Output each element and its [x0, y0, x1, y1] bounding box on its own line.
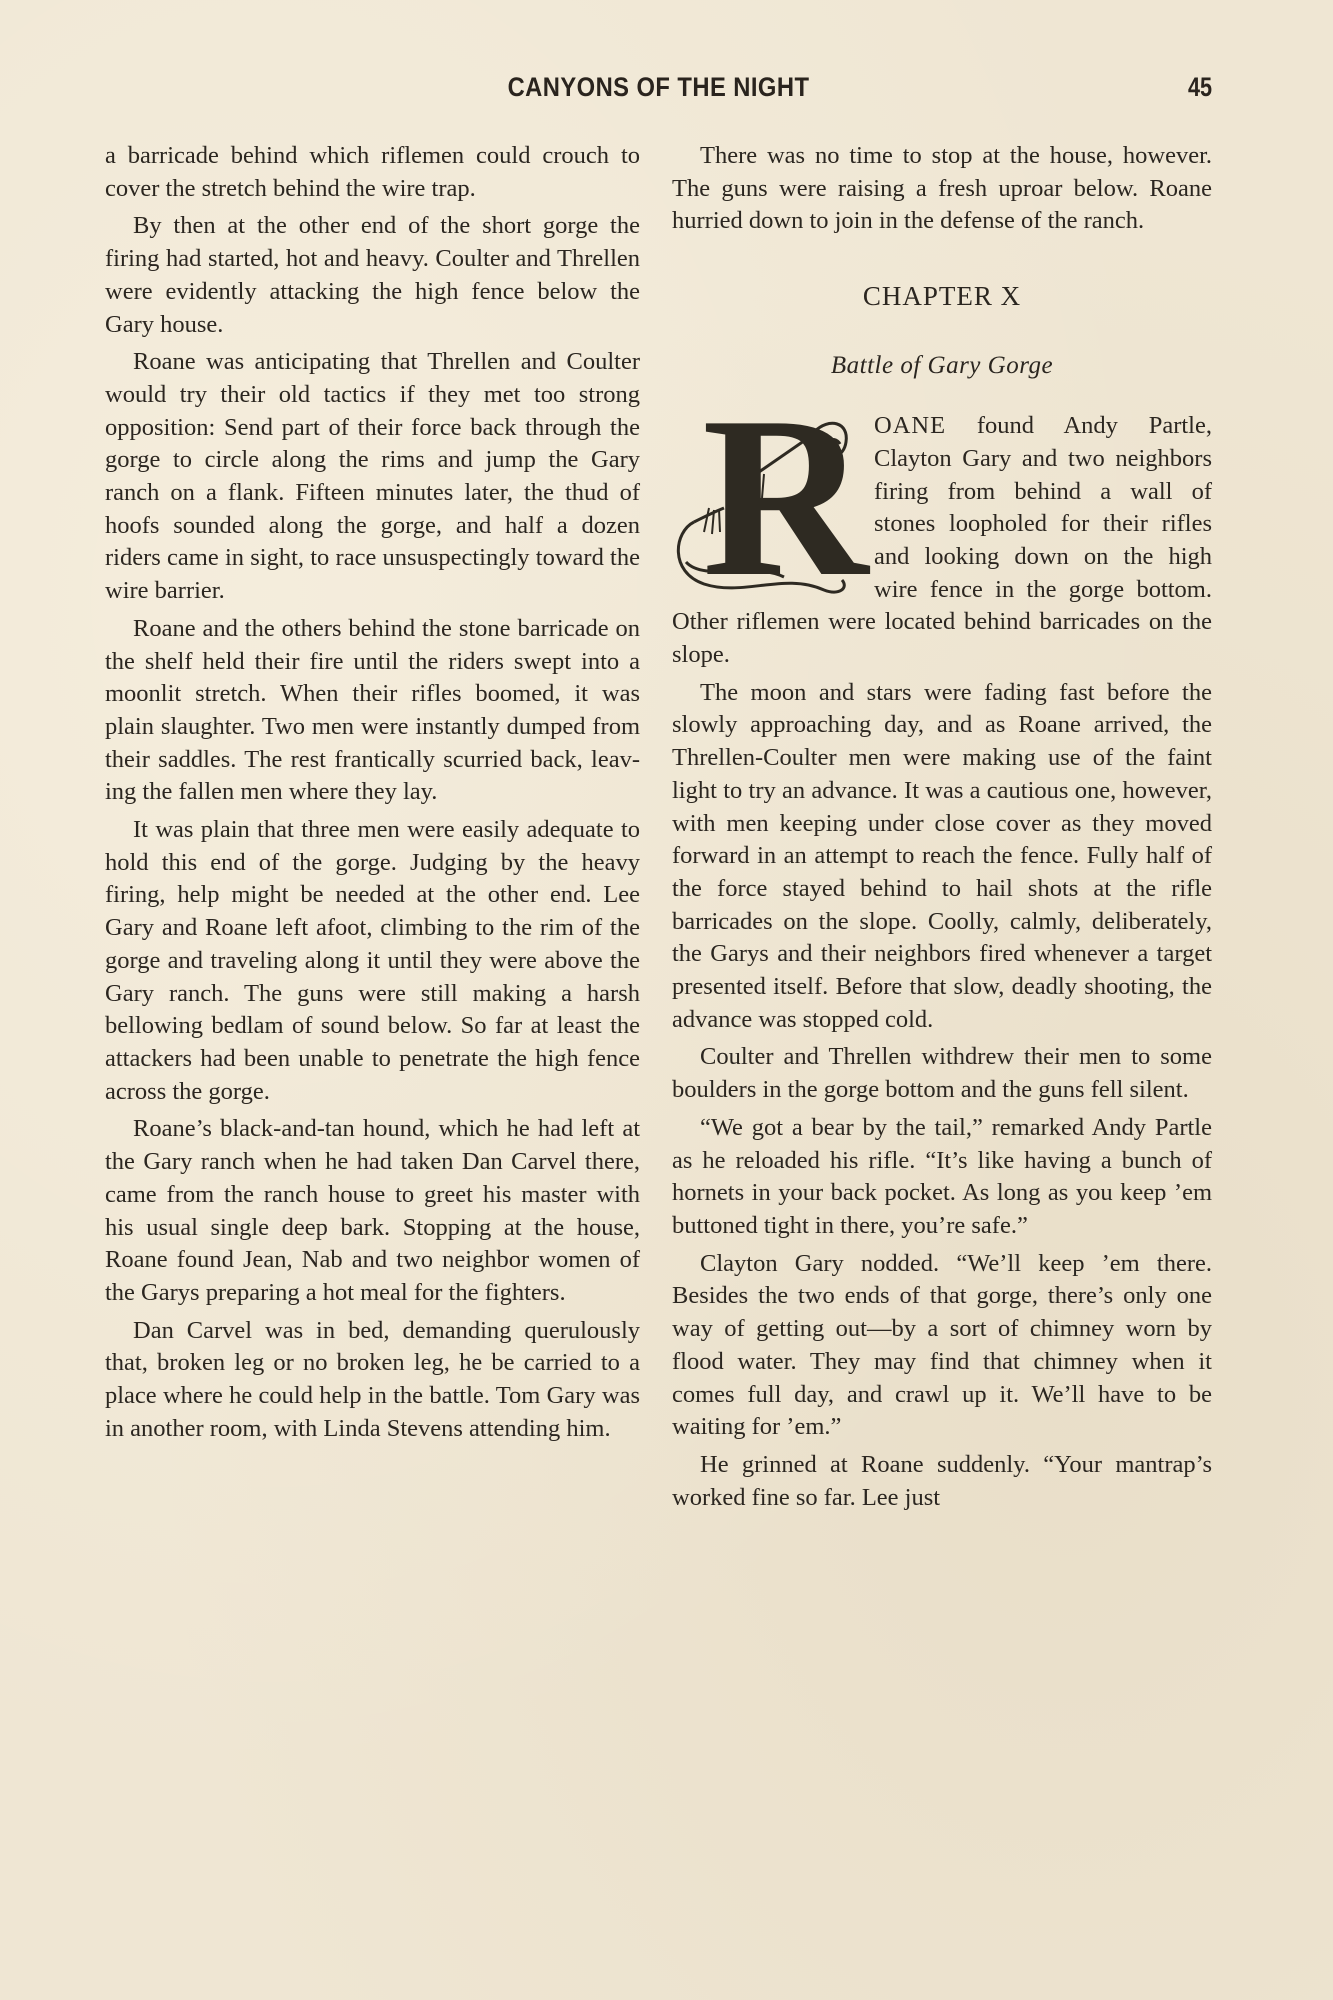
ornamental-drop-cap: R — [664, 412, 864, 604]
paragraph: Clayton Gary nodded. “We’ll keep ’em the… — [672, 1248, 1212, 1444]
paragraph: Roane and the others behind the stone ba… — [105, 613, 640, 809]
paragraph: Dan Carvel was in bed, demanding querulo… — [105, 1315, 640, 1446]
paragraph: Coulter and Threllen withdrew their men … — [672, 1041, 1212, 1106]
paragraph: Roane was anticipating that Threllen and… — [105, 346, 640, 608]
paragraph: He grinned at Roane suddenly. “Your mant… — [672, 1449, 1212, 1514]
drop-cap-letter: R — [702, 382, 868, 612]
running-head: CANYONS OF THE NIGHT 45 — [105, 72, 1212, 112]
opening-caps: OANE — [874, 412, 946, 439]
paragraph: Roane’s black-and-tan hound, which he ha… — [105, 1113, 640, 1309]
chapter-opening-paragraph: R OANE found Andy Partle, Clayton Gary a… — [672, 410, 1212, 672]
left-column: a barricade behind which riflemen could … — [105, 140, 640, 1450]
paragraph: It was plain that three men were easily … — [105, 814, 640, 1108]
right-column: There was no time to stop at the house, … — [672, 140, 1212, 1519]
paragraph: “We got a bear by the tail,” remarked An… — [672, 1112, 1212, 1243]
chapter-title: CHAPTER X — [672, 280, 1212, 312]
paragraph: By then at the other end of the short go… — [105, 210, 640, 341]
running-title: CANYONS OF THE NIGHT — [171, 72, 1145, 103]
paragraph: a barricade behind which riflemen could … — [105, 140, 640, 205]
page-number: 45 — [1188, 72, 1212, 103]
book-page: CANYONS OF THE NIGHT 45 a barricade behi… — [0, 0, 1333, 2000]
paragraph: The moon and stars were fading fast befo… — [672, 677, 1212, 1037]
paragraph: There was no time to stop at the house, … — [672, 140, 1212, 238]
